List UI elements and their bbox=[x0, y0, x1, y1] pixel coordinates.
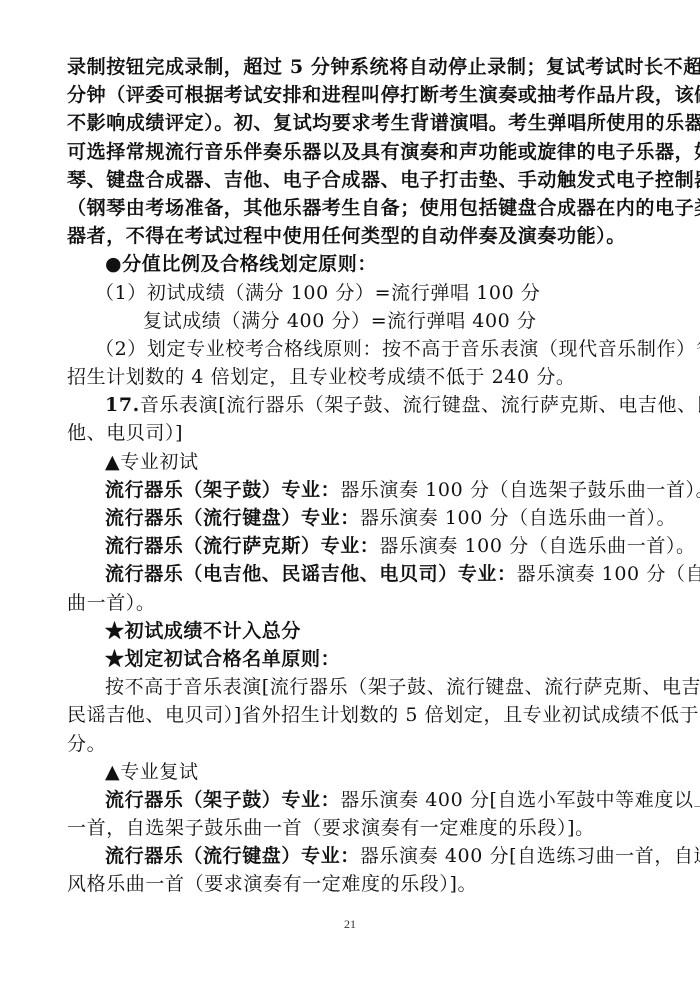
list-item: 流行器乐（流行萨克斯）专业：器乐演奏 100 分（自选乐曲一首）。 bbox=[67, 532, 635, 560]
text-line: 招生计划数的 4 倍划定，且专业校考成绩不低于 240 分。 bbox=[67, 363, 635, 391]
list-item-cont: 曲一首）。 bbox=[67, 589, 635, 617]
text-line: 民谣吉他、电贝司）]省外招生计划数的 5 倍划定，且专业初试成绩不低于 60 bbox=[67, 701, 635, 729]
score-line-1: （1）初试成绩（满分 100 分）=流行弹唱 100 分 bbox=[67, 279, 635, 307]
text-line: 分。 bbox=[67, 730, 635, 758]
section-heading: 17.音乐表演[流行器乐（架子鼓、流行键盘、流行萨克斯、电吉他、民谣吉 bbox=[67, 391, 635, 419]
note-line: ★划定初试合格名单原则： bbox=[67, 645, 635, 673]
item-label: 流行器乐（电吉他、民谣吉他、电贝司）专业： bbox=[105, 563, 517, 585]
item-text: 器乐演奏 400 分[自选练习曲一首，自选流行 bbox=[360, 845, 700, 867]
item-text: 器乐演奏 400 分[自选小军鼓中等难度以上乐曲 bbox=[340, 789, 700, 811]
item-text: 器乐演奏 100 分（自选架子鼓乐曲一首）。 bbox=[340, 479, 700, 501]
text-line: 不影响成绩评定）。初、复试均要求考生背谱演唱。考生弹唱所使用的乐器， bbox=[67, 109, 635, 137]
item-text: 器乐演奏 100 分（自选乐曲一首）。 bbox=[360, 507, 676, 529]
text-line: 可选择常规流行音乐伴奏乐器以及具有演奏和声功能或旋律的电子乐器，如钢 bbox=[67, 138, 635, 166]
item-text: 器乐演奏 100 分（自选乐 bbox=[517, 563, 700, 585]
list-item: 流行器乐（流行键盘）专业：器乐演奏 100 分（自选乐曲一首）。 bbox=[67, 504, 635, 532]
text-line: 按不高于音乐表演[流行器乐（架子鼓、流行键盘、流行萨克斯、电吉他、 bbox=[67, 673, 635, 701]
final-heading: ▲专业复试 bbox=[67, 758, 635, 786]
text-line: 分钟（评委可根据考试安排和进程叫停打断考生演奏或抽考作品片段，该做法 bbox=[67, 81, 635, 109]
item-label: 流行器乐（架子鼓）专业： bbox=[105, 789, 340, 811]
list-item-cont: 风格乐曲一首（要求演奏有一定难度的乐段）]。 bbox=[67, 870, 635, 898]
prelim-heading: ▲专业初试 bbox=[67, 448, 635, 476]
list-item: 流行器乐（流行键盘）专业：器乐演奏 400 分[自选练习曲一首，自选流行 bbox=[67, 842, 635, 870]
list-item: 流行器乐（架子鼓）专业：器乐演奏 100 分（自选架子鼓乐曲一首）。 bbox=[67, 476, 635, 504]
list-item: 流行器乐（电吉他、民谣吉他、电贝司）专业：器乐演奏 100 分（自选乐 bbox=[67, 560, 635, 588]
note-line: ★初试成绩不计入总分 bbox=[67, 617, 635, 645]
text-line: （钢琴由考场准备，其他乐器考生自备；使用包括键盘合成器在内的电子类乐 bbox=[67, 194, 635, 222]
item-label: 流行器乐（流行键盘）专业： bbox=[105, 507, 360, 529]
score-heading: ●分值比例及合格线划定原则： bbox=[67, 250, 635, 278]
item-label: 流行器乐（流行萨克斯）专业： bbox=[105, 535, 379, 557]
item-label: 流行器乐（架子鼓）专业： bbox=[105, 479, 340, 501]
list-item-cont: 一首，自选架子鼓乐曲一首（要求演奏有一定难度的乐段）]。 bbox=[67, 814, 635, 842]
list-item: 流行器乐（架子鼓）专业：器乐演奏 400 分[自选小军鼓中等难度以上乐曲 bbox=[67, 786, 635, 814]
text-line: 器者，不得在考试过程中使用任何类型的自动伴奏及演奏功能）。 bbox=[67, 222, 635, 250]
item-text: 器乐演奏 100 分（自选乐曲一首）。 bbox=[379, 535, 695, 557]
score-line-2: 复试成绩（满分 400 分）=流行弹唱 400 分 bbox=[67, 307, 635, 335]
document-page: 录制按钮完成录制，超过 5 分钟系统将自动停止录制；复试考试时长不超过 3 分钟… bbox=[67, 53, 635, 899]
page-number: 21 bbox=[0, 917, 700, 932]
item-label: 流行器乐（流行键盘）专业： bbox=[105, 845, 360, 867]
section-title: 音乐表演[流行器乐（架子鼓、流行键盘、流行萨克斯、电吉他、民谣吉 bbox=[140, 394, 700, 416]
text-line: 琴、键盘合成器、吉他、电子合成器、电子打击垫、手动触发式电子控制器等 bbox=[67, 166, 635, 194]
text-line: 录制按钮完成录制，超过 5 分钟系统将自动停止录制；复试考试时长不超过 3 bbox=[67, 53, 635, 81]
section-number: 17. bbox=[105, 394, 140, 416]
text-line: （2）划定专业校考合格线原则：按不高于音乐表演（现代音乐制作）省外 bbox=[67, 335, 635, 363]
section-heading-cont: 他、电贝司）] bbox=[67, 419, 635, 447]
